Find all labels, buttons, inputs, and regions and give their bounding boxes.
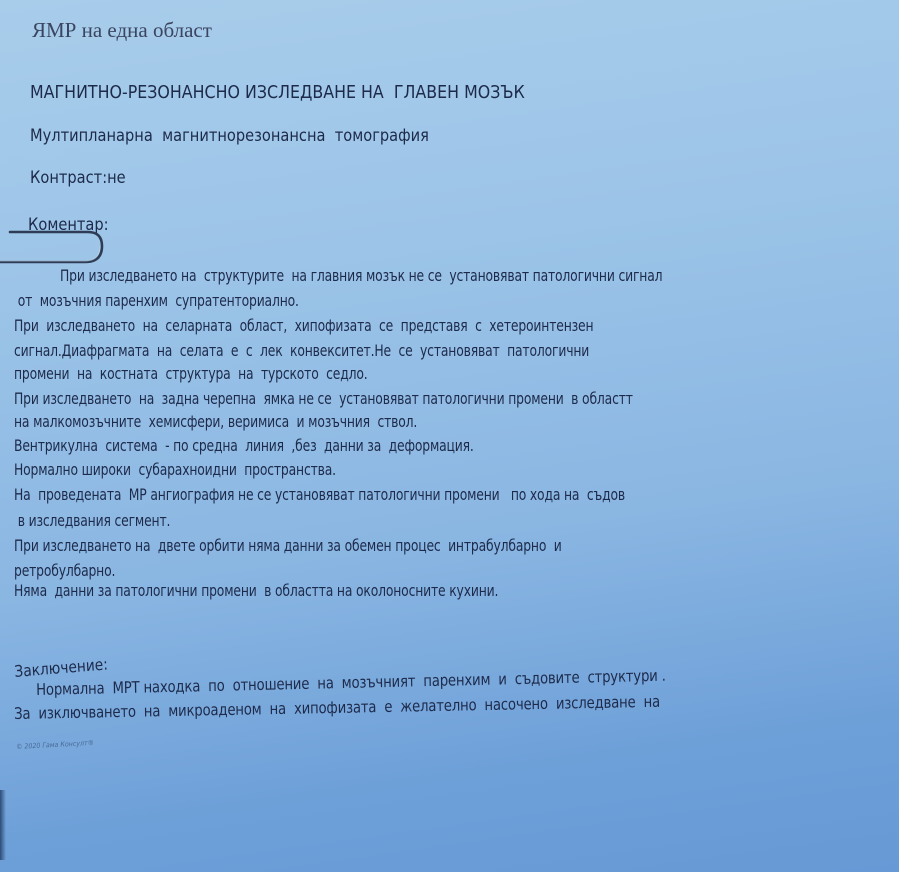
contrast-field: Контраст:не — [30, 170, 126, 187]
comment-line: При изследването на селарната област, хи… — [14, 318, 593, 334]
conclusion-line: За изключването на микроаденом на хипофи… — [14, 694, 660, 722]
comment-line: На проведената МР ангиография не се уста… — [14, 487, 625, 503]
comment-line: При изследването на двете орбити няма да… — [14, 538, 562, 554]
conclusion-label: Заключение: — [14, 656, 108, 680]
comment-line: в изследвания сегмент. — [14, 513, 170, 529]
report-header: ЯМР на една област — [32, 20, 212, 41]
comment-line: ретробулбарно. — [14, 563, 115, 579]
comment-line: Нормално широки субарахноидни пространст… — [14, 462, 336, 478]
comment-line: сигнал.Диафрагмата на селата е с лек кон… — [14, 343, 589, 359]
report-title: МАГНИТНО-РЕЗОНАНСНО ИЗСЛЕДВАНЕ НА ГЛАВЕН… — [30, 84, 525, 102]
paper-clip-icon — [0, 226, 110, 266]
comment-line: При изследването на структурите на главн… — [60, 268, 662, 284]
comment-line: на малкомозъчните хемисфери, веримиса и … — [14, 414, 417, 430]
page-edge-shadow — [0, 790, 6, 860]
exam-method: Мултипланарна магнитнорезонансна томогра… — [30, 128, 429, 145]
medical-report-page: ЯМР на една област МАГНИТНО-РЕЗОНАНСНО И… — [0, 0, 899, 872]
footer-watermark: © 2020 Гама Консулт® — [16, 740, 94, 751]
comment-line: от мозъчния паренхим супратенториално. — [14, 293, 299, 309]
comment-line: При изследването на задна черепна ямка н… — [14, 391, 633, 407]
comment-line: Вентрикулна система - по средна линия ,б… — [14, 438, 474, 454]
comment-line: промени на костната структура на турскот… — [14, 366, 368, 382]
comment-line: Няма данни за патологични промени в обла… — [14, 583, 498, 599]
